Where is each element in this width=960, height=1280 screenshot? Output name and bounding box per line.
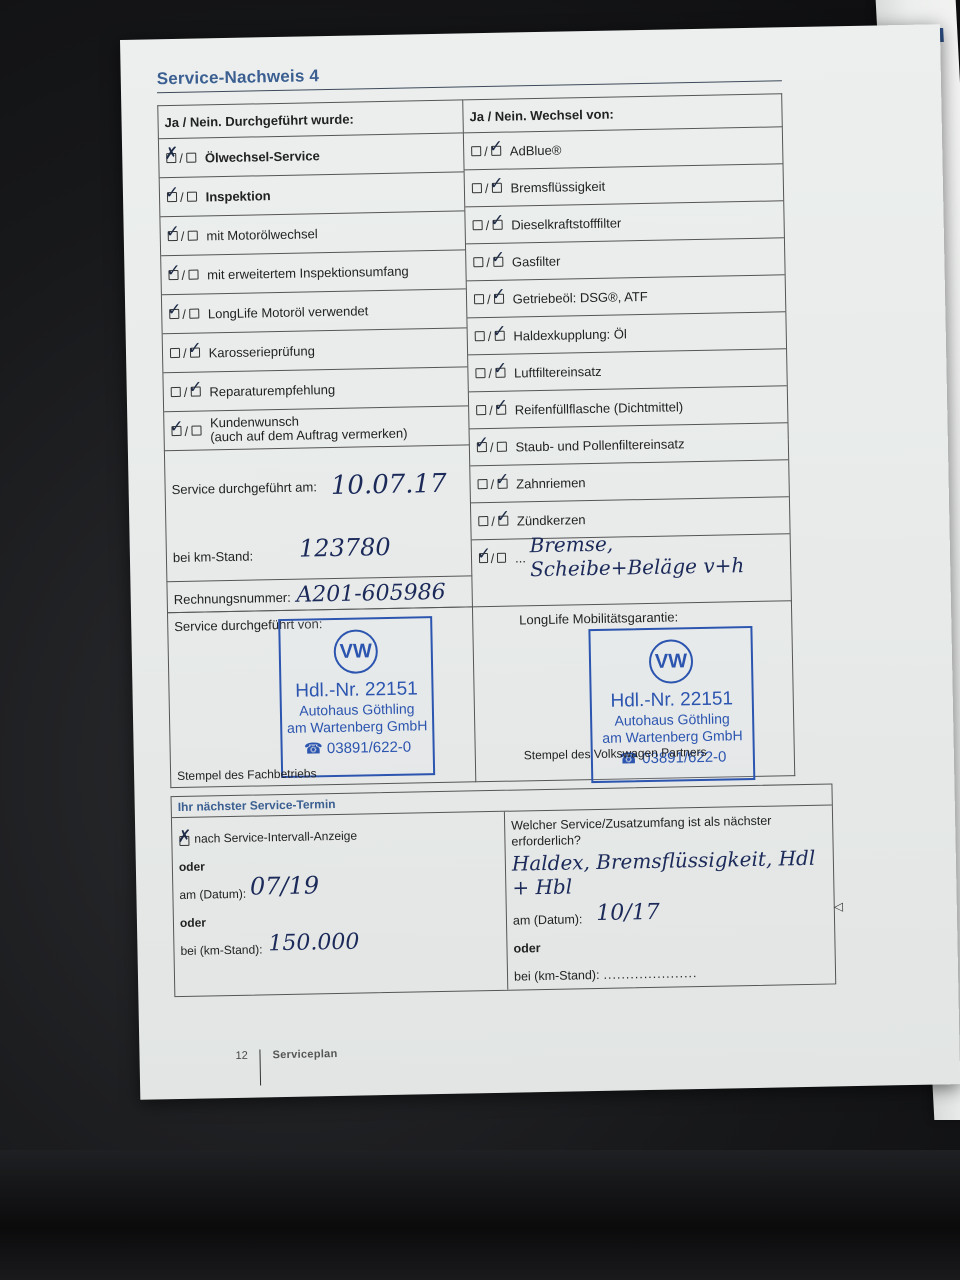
checklist-label: Haldexkupplung: Öl — [513, 326, 627, 343]
nein-checkbox[interactable]: ✓ — [190, 348, 200, 358]
page-number: 12 — [235, 1050, 255, 1062]
checklist-label: Getriebeöl: DSG®, ATF — [513, 288, 648, 306]
checklist-label: Inspektion — [205, 188, 270, 204]
checklist-row: /✓Luftfiltereinsatz — [468, 349, 787, 392]
checklist-row: /✓Getriebeöl: DSG®, ATF — [467, 275, 786, 318]
triangle-marker-icon: ◁ — [834, 899, 844, 913]
handwritten-entry: Bremse, Scheibe+Beläge v+h — [529, 528, 784, 581]
ja-checkbox[interactable]: ✓ — [479, 553, 488, 563]
replaced-list: /✓AdBlue®/✓Bremsflüssigkeit/✓Dieselkraft… — [464, 127, 790, 576]
separator: / — [488, 365, 492, 380]
nein-checkbox[interactable] — [497, 553, 506, 563]
checklist-row: /✓Bremsflüssigkeit — [465, 164, 784, 207]
service-booklet-page: Service-Nachweis 4 Ja / Nein. Durchgefüh… — [120, 24, 960, 1100]
nein-checkbox[interactable]: ✓ — [492, 220, 502, 230]
separator: / — [484, 143, 488, 158]
ja-checkbox[interactable]: ✓ — [477, 442, 487, 452]
ja-checkbox[interactable] — [475, 368, 485, 378]
nein-checkbox[interactable]: ✓ — [496, 405, 506, 415]
checklist-label: Dieselkraftstofffilter — [511, 215, 621, 232]
km-label: bei km-Stand: — [173, 549, 253, 566]
nein-checkbox[interactable] — [188, 270, 198, 280]
nein-checkbox[interactable]: ✓ — [497, 479, 507, 489]
checklist-row: ✓/...Bremse, Scheibe+Beläge v+h — [472, 534, 791, 576]
nein-checkbox[interactable]: ✓ — [491, 183, 501, 193]
ja-checkbox[interactable] — [170, 348, 180, 358]
checklist-label: Bremsflüssigkeit — [510, 178, 605, 195]
ja-checkbox[interactable] — [474, 294, 484, 304]
page-footer: 12Serviceplan — [235, 1048, 338, 1086]
invoice-value: A201-605986 — [296, 579, 446, 607]
checklist-row: ✓/Kundenwunsch(auch auf dem Auftrag verm… — [164, 406, 469, 450]
stamp-dealer-number: Hdl.-Nr. 22151 — [281, 678, 431, 703]
checklist-row: ✗/Ölwechsel-Service — [159, 133, 464, 178]
separator: / — [490, 439, 494, 454]
next-date-value: 07/19 — [250, 871, 320, 900]
separator: / — [490, 476, 494, 491]
nein-checkbox[interactable]: ✓ — [493, 257, 503, 267]
nein-checkbox[interactable]: ✓ — [498, 516, 508, 526]
nein-checkbox[interactable]: ✓ — [494, 331, 504, 341]
separator: / — [485, 217, 489, 232]
checklist-label: Luftfiltereinsatz — [514, 363, 602, 380]
service-date-value: 10.07.17 — [331, 469, 447, 501]
ja-checkbox[interactable] — [471, 146, 481, 156]
checklist-row: ✓/Inspektion — [160, 172, 465, 217]
checklist-label: AdBlue® — [510, 142, 562, 158]
ja-checkbox[interactable] — [473, 257, 483, 267]
section-name: Serviceplan — [272, 1048, 337, 1061]
checklist-row: ✓/mit erweitertem Inspektionsumfang — [161, 250, 466, 295]
checklist-label: Staub- und Pollenfiltereinsatz — [515, 436, 684, 454]
checklist-row: ✓/Staub- und Pollenfiltereinsatz — [470, 423, 789, 466]
separator: / — [489, 402, 493, 417]
nein-checkbox[interactable]: ✓ — [190, 387, 200, 397]
nein-checkbox[interactable] — [189, 309, 199, 319]
nein-checkbox[interactable] — [187, 231, 197, 241]
dealer-stamp-left: VW Hdl.-Nr. 22151 Autohaus Göthling am W… — [278, 616, 435, 778]
right-date-value: 10/17 — [596, 900, 660, 926]
separator: / — [491, 513, 495, 528]
checklist-row: /✓Haldexkupplung: Öl — [467, 312, 786, 355]
ja-checkbox[interactable]: ✓ — [168, 270, 178, 280]
checklist-label: Gasfilter — [512, 253, 561, 269]
performed-list: ✗/Ölwechsel-Service✓/Inspektion✓/mit Mot… — [159, 133, 469, 450]
ja-checkbox[interactable]: ✓ — [168, 231, 178, 241]
separator: / — [181, 228, 185, 243]
stamp-dealer-location: am Wartenberg GmbH — [282, 717, 432, 737]
checklist-row: ✓/mit Motorölwechsel — [160, 211, 465, 256]
separator: / — [180, 189, 184, 204]
separator: / — [485, 180, 489, 195]
separator: / — [487, 291, 491, 306]
next-km-label: bei (km-Stand): — [180, 942, 262, 958]
separator: / — [184, 423, 188, 438]
stamp-caption-left: Stempel des Fachbetriebs — [177, 766, 317, 783]
service-date-label: Service durchgeführt am: — [171, 479, 316, 497]
leather-background — [0, 1150, 960, 1280]
page-title: Service-Nachweis 4 — [157, 57, 782, 93]
next-service-question: Welcher Service/Zusatzumfang ist als näc… — [511, 812, 802, 850]
stamp-dealer-number: Hdl.-Nr. 22151 — [592, 688, 752, 713]
checklist-row: /✓Reifenfüllflasche (Dichtmittel) — [469, 386, 788, 429]
nein-checkbox[interactable] — [191, 426, 201, 436]
right-date-label: am (Datum): — [513, 912, 583, 927]
nein-checkbox[interactable]: ✓ — [494, 294, 504, 304]
separator: / — [179, 150, 183, 165]
separator: / — [182, 306, 186, 321]
separator: / — [488, 328, 492, 343]
checklist-label: Reifenfüllflasche (Dichtmittel) — [515, 399, 684, 417]
next-service-box: Ihr nächster Service-Termin ✗ nach Servi… — [171, 783, 837, 997]
checklist-row: /✓Zahnriemen — [470, 460, 789, 503]
nein-checkbox[interactable]: ✓ — [491, 146, 501, 156]
longlife-label: LongLife Mobilitätsgarantie: — [479, 607, 785, 628]
checklist-label: mit erweitertem Inspektionsumfang — [207, 263, 409, 282]
separator: / — [181, 267, 185, 282]
checklist-row: ✓/LongLife Motoröl verwendet — [162, 289, 467, 334]
right-km-label: bei (km-Stand): — [514, 968, 600, 984]
ja-checkbox[interactable] — [473, 220, 483, 230]
checklist-label: LongLife Motoröl verwendet — [208, 303, 369, 321]
next-date-label: am (Datum): — [179, 887, 246, 902]
checklist-label: ... — [515, 550, 526, 565]
footer-divider — [259, 1049, 261, 1085]
checklist-row: /✓Dieselkraftstofffilter — [465, 201, 784, 244]
ja-checkbox[interactable] — [476, 405, 486, 415]
separator: / — [184, 384, 188, 399]
checklist-label: Kundenwunsch(auch auf dem Auftrag vermer… — [210, 413, 408, 445]
checklist-label: Ölwechsel-Service — [205, 148, 320, 165]
separator: / — [183, 345, 187, 360]
ja-checkbox[interactable] — [171, 387, 181, 397]
ja-checkbox[interactable]: ✓ — [169, 309, 179, 319]
nein-checkbox[interactable] — [187, 192, 197, 202]
right-km-value: ..................... — [603, 966, 697, 982]
checklist-label: Karosserieprüfung — [208, 343, 315, 360]
ja-checkbox[interactable] — [477, 479, 487, 489]
checklist-row: /✓Reparaturempfehlung — [163, 367, 468, 412]
invoice-label: Rechnungsnummer: — [174, 589, 291, 606]
checklist-label: Zahnriemen — [516, 475, 586, 491]
checklist-label: Zündkerzen — [517, 512, 586, 528]
next-km-value: 150.000 — [268, 930, 359, 957]
ja-checkbox[interactable] — [478, 516, 488, 526]
service-table: Ja / Nein. Durchgeführt wurde: Ja / Nein… — [157, 93, 795, 788]
checklist-row: /✓AdBlue® — [464, 127, 783, 170]
km-value: 123780 — [299, 533, 391, 563]
stamp-phone: ☎ 03891/622-0 — [282, 737, 432, 758]
checklist-label: Reparaturempfehlung — [209, 381, 335, 398]
interval-checkbox[interactable]: ✗ — [179, 836, 189, 846]
nein-checkbox[interactable] — [186, 153, 196, 163]
nein-checkbox[interactable]: ✓ — [495, 368, 505, 378]
ja-checkbox[interactable] — [472, 183, 482, 193]
ja-checkbox[interactable]: ✗ — [166, 153, 176, 163]
next-service-answer: Haldex, Bremsflüssigkeit, Hdl + Hbl — [512, 846, 828, 900]
ja-checkbox[interactable] — [475, 331, 485, 341]
separator: / — [486, 254, 490, 269]
stamp-dealer-location: am Wartenberg GmbH — [592, 727, 752, 747]
checklist-row: /✓Karosserieprüfung — [163, 328, 468, 373]
ja-checkbox[interactable]: ✓ — [171, 426, 181, 436]
ja-checkbox[interactable]: ✓ — [167, 192, 177, 202]
vw-logo-icon: VW — [333, 629, 378, 674]
checklist-row: /✓Gasfilter — [466, 238, 785, 281]
checklist-label: mit Motorölwechsel — [206, 226, 318, 243]
nein-checkbox[interactable] — [496, 442, 506, 452]
vw-logo-icon: VW — [649, 639, 694, 684]
